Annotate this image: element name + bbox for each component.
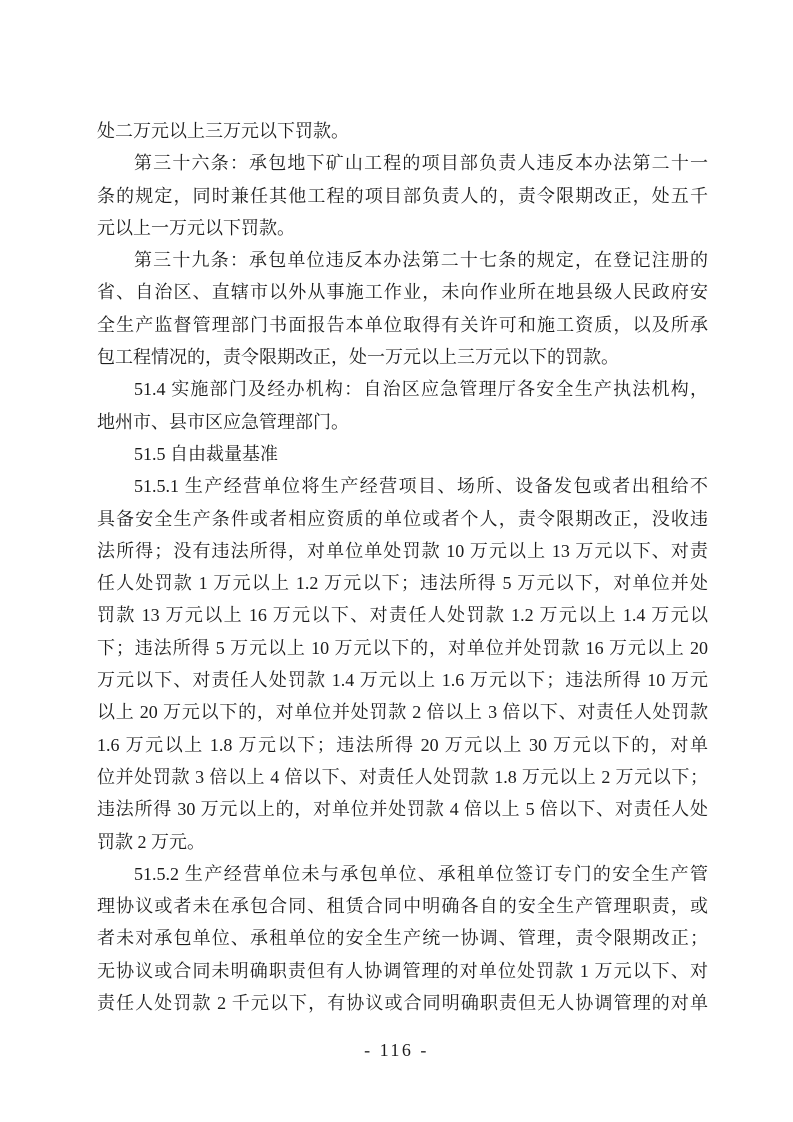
text-line: 第三十九条：承包单位违反本办法第二十七条的规定，在登记注册的 [97,244,708,276]
text-line: 具备安全生产条件或者相应资质的单位或者个人，责令限期改正，没收违 [97,503,708,535]
text-line: 违法所得 30 万元以上的，对单位并处罚款 4 倍以上 5 倍以下、对责任人处 [97,793,708,825]
text-line: 51.5.1 生产经营单位将生产经营项目、场所、设备发包或者出租给不 [97,470,708,502]
text-line: 者未对承包单位、承租单位的安全生产统一协调、管理，责令限期改正； [97,922,708,954]
text-line: 任人处罚款 1 万元以上 1.2 万元以下；违法所得 5 万元以下，对单位并处 [97,567,708,599]
text-line: 1.6 万元以上 1.8 万元以下；违法所得 20 万元以上 30 万元以下的，… [97,729,708,761]
text-line: 责任人处罚款 2 千元以下，有协议或合同明确职责但无人协调管理的对单 [97,987,708,1019]
document-page: 处二万元以上三万元以下罚款。 第三十六条：承包地下矿山工程的项目部负责人违反本办… [0,0,793,1122]
text-line: 位并处罚款 3 倍以上 4 倍以下、对责任人处罚款 1.8 万元以上 2 万元以… [97,761,708,793]
text-line: 51.4 实施部门及经办机构：自治区应急管理厅各安全生产执法机构， [97,373,708,405]
text-line: 无协议或合同未明确职责但有人协调管理的对单位处罚款 1 万元以下、对 [97,955,708,987]
text-line: 条的规定，同时兼任其他工程的项目部负责人的，责令限期改正，处五千 [97,180,708,212]
page-number: - 116 - [0,1040,793,1061]
text-line: 地州市、县市区应急管理部门。 [97,406,708,438]
text-line: 下；违法所得 5 万元以上 10 万元以下的，对单位并处罚款 16 万元以上 2… [97,632,708,664]
text-line: 包工程情况的，责令限期改正，处一万元以上三万元以下的罚款。 [97,341,708,373]
text-line: 罚款 13 万元以上 16 万元以下、对责任人处罚款 1.2 万元以上 1.4 … [97,599,708,631]
text-line: 理协议或者未在承包合同、租赁合同中明确各自的安全生产管理职责，或 [97,890,708,922]
text-line: 51.5.2 生产经营单位未与承包单位、承租单位签订专门的安全生产管 [97,858,708,890]
page-body: 处二万元以上三万元以下罚款。 第三十六条：承包地下矿山工程的项目部负责人违反本办… [97,115,708,1019]
text-line: 51.5 自由裁量基准 [97,438,708,470]
text-line: 处二万元以上三万元以下罚款。 [97,115,708,147]
text-line: 省、自治区、直辖市以外从事施工作业，未向作业所在地县级人民政府安 [97,276,708,308]
text-line: 以上 20 万元以下的，对单位并处罚款 2 倍以上 3 倍以下、对责任人处罚款 [97,696,708,728]
text-line: 万元以下、对责任人处罚款 1.4 万元以上 1.6 万元以下；违法所得 10 万… [97,664,708,696]
text-line: 法所得；没有违法所得，对单位单处罚款 10 万元以上 13 万元以下、对责 [97,535,708,567]
text-line: 全生产监督管理部门书面报告本单位取得有关许可和施工资质，以及所承 [97,309,708,341]
text-line: 第三十六条：承包地下矿山工程的项目部负责人违反本办法第二十一 [97,147,708,179]
text-line: 罚款 2 万元。 [97,826,708,858]
text-line: 元以上一万元以下罚款。 [97,212,708,244]
